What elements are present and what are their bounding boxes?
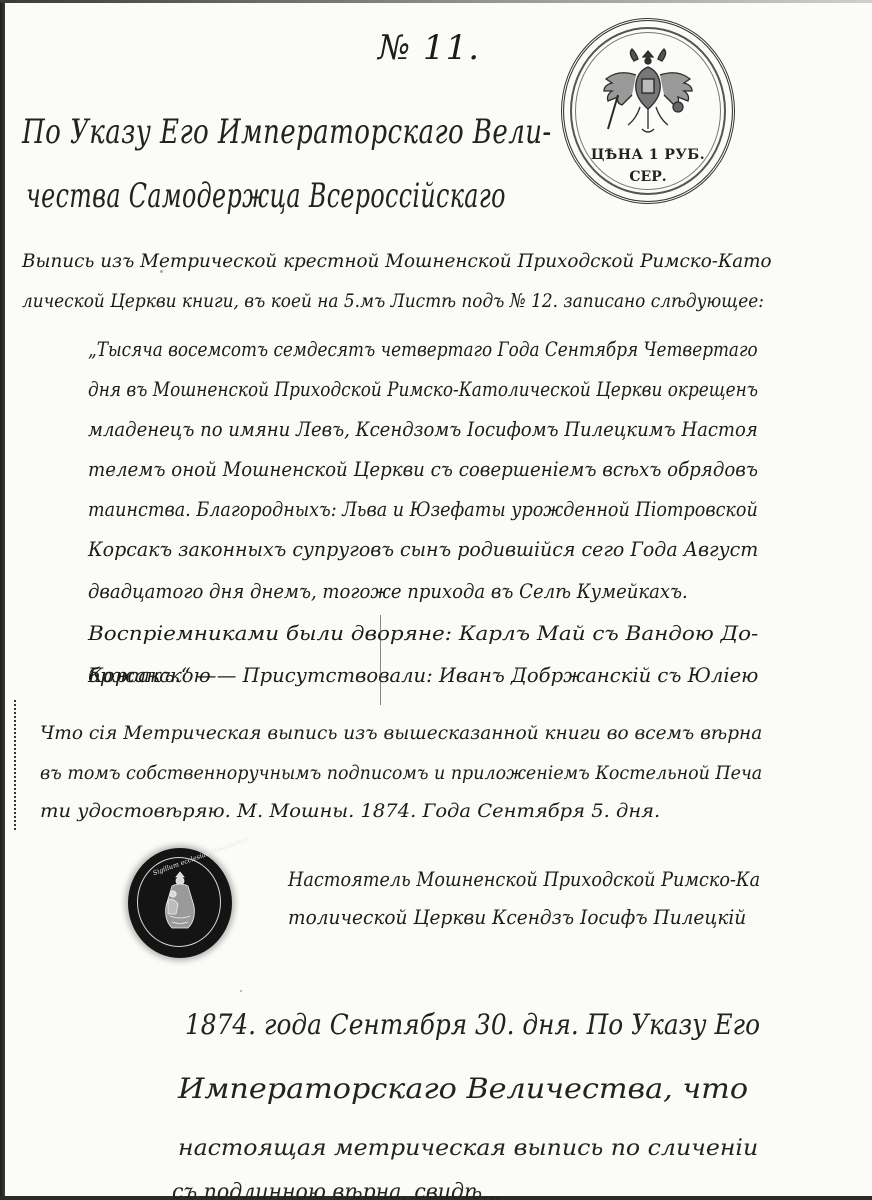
fold-crease	[380, 615, 381, 705]
heading-line: чества Самодержца Всероссійскаго	[26, 176, 506, 216]
heading-line: По Указу Его Императорскаго Вели-	[22, 112, 552, 152]
annotation-line: съ подлинною вѣрна, свидѣ...	[172, 1180, 502, 1200]
double-headed-eagle-icon	[598, 45, 698, 143]
annotation-line: настоящая метрическая выпись по сличеніи	[178, 1136, 758, 1161]
intro-line: Выпись изъ Метрической крестной Мошненск…	[22, 250, 772, 272]
parish-seal: Sigillum ecclesiae Moszniensis	[128, 848, 232, 958]
certification-line: ти удостовѣряю. М. Мошны. 1874. Года Сен…	[40, 800, 660, 822]
signature-line: толической Церкви Ксендзъ Іосифъ Пилецкі…	[288, 906, 746, 929]
stamp-currency: СЕР.	[564, 169, 732, 185]
certification-line: Что сія Метрическая выпись изъ вышесказа…	[40, 722, 762, 744]
scan-border-top	[0, 0, 872, 3]
madonna-and-child-icon	[158, 870, 202, 932]
record-line: Корсакъ.“ —	[88, 664, 216, 687]
scan-border-left	[0, 0, 5, 1200]
intro-line: лической Церкви книги, въ коей на 5.мъ Л…	[22, 290, 764, 312]
record-line: Корсакъ законныхъ супруговъ сынъ родивші…	[88, 538, 758, 561]
record-line: „Тысяча восемсотъ семдесятъ четвертаго Г…	[88, 338, 758, 361]
ink-speck	[240, 990, 242, 992]
record-line: таинства. Благородныхъ: Льва и Юзефаты у…	[88, 498, 758, 521]
ink-speck	[160, 270, 163, 273]
record-line: двадцатого дня днемъ, тогоже прихода въ …	[88, 580, 688, 603]
annotation-line: Императорскаго Величества, что	[178, 1072, 748, 1105]
ink-speck	[112, 470, 115, 473]
document-number: № 11.	[378, 28, 480, 68]
margin-brace	[14, 700, 32, 830]
record-line: дня въ Мошненской Приходской Римско-Като…	[88, 378, 758, 401]
record-line: младенецъ по имяни Левъ, Ксендзомъ Іосиф…	[88, 418, 758, 441]
annotation-line: 1874. года Сентября 30. дня. По Указу Ег…	[185, 1008, 760, 1041]
certification-line: въ томъ собственноручнымъ подписомъ и пр…	[40, 762, 762, 784]
stamp-price: ЦѢНА 1 РУБ.	[564, 147, 732, 163]
signature-line: Настоятель Мошненской Приходской Римско-…	[288, 868, 760, 891]
record-line: Воспріемниками были дворяне: Карлъ Май с…	[88, 622, 758, 645]
revenue-stamp: ЦѢНА 1 РУБ. СЕР.	[561, 18, 735, 204]
record-line: телемъ оной Мошненской Церкви съ соверше…	[88, 458, 758, 481]
